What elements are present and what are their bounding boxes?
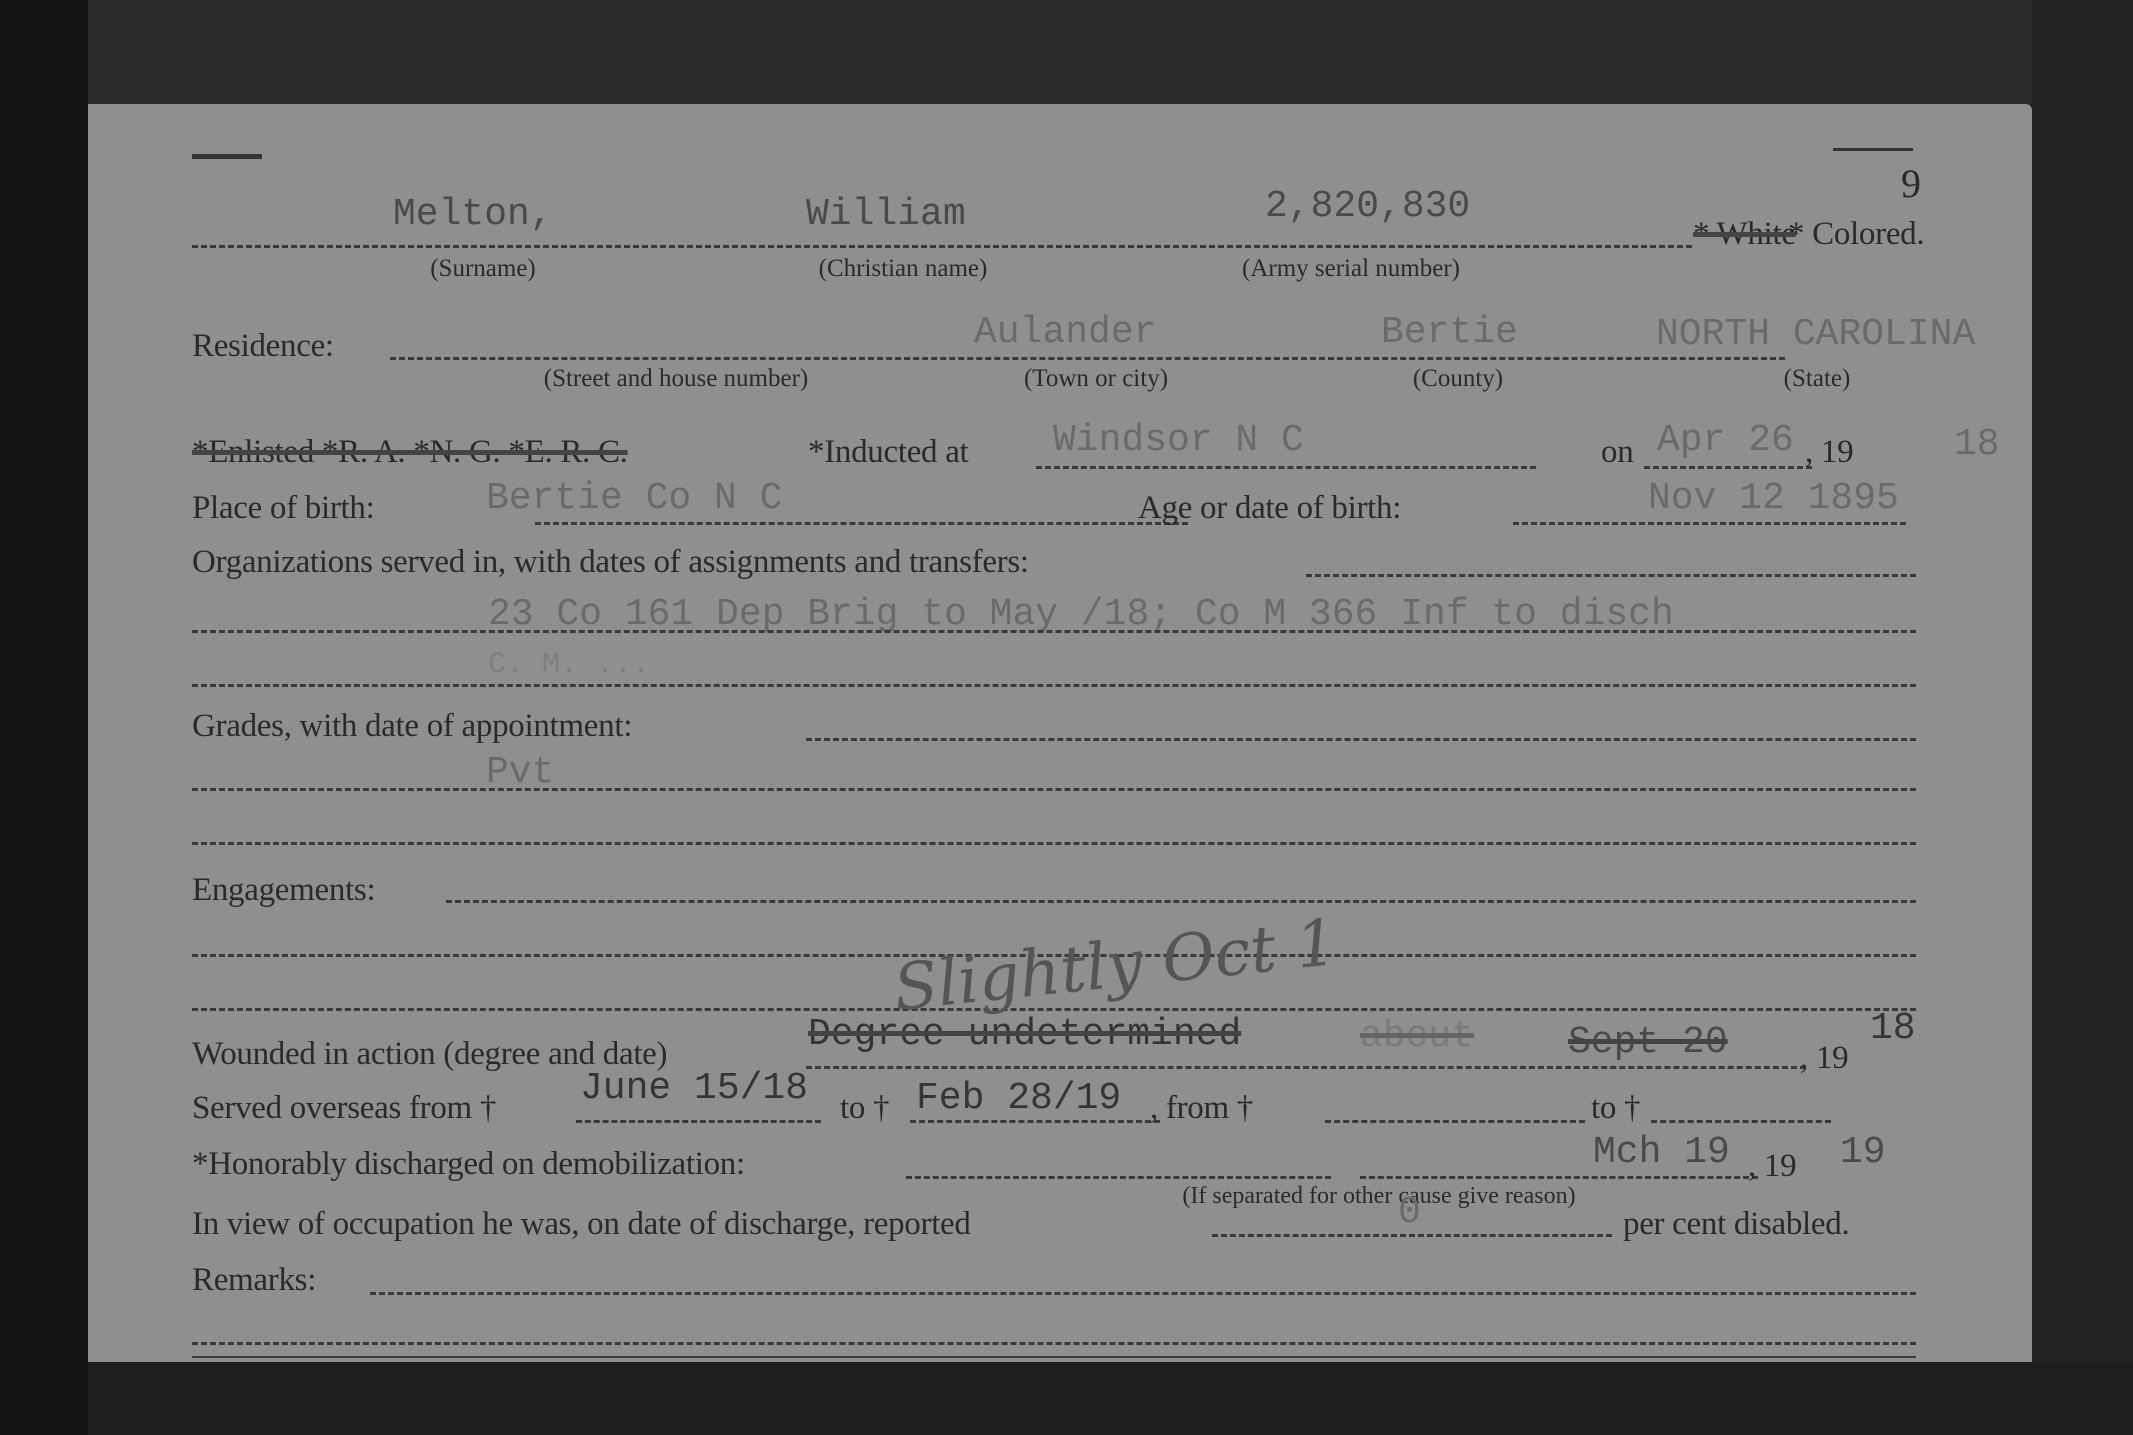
residence-label: Residence:	[192, 330, 334, 363]
race-white-struck: * White	[1693, 218, 1796, 251]
wounded-about-value: about	[1360, 1015, 1474, 1058]
engagements-label: Engagements:	[192, 874, 375, 907]
state-caption: (State)	[1784, 366, 1851, 391]
overseas-from-line	[576, 1120, 821, 1123]
inducted-on-label: on	[1601, 436, 1633, 469]
birth-date-label: Age or date of birth:	[1138, 492, 1401, 525]
christian-name-caption: (Christian name)	[819, 256, 988, 281]
christian-name-value: William	[806, 196, 966, 234]
wounded-year-prefix: , 19	[1800, 1042, 1848, 1075]
inducted-date-value: Apr 26	[1657, 422, 1794, 460]
grades-label: Grades, with date of appointment:	[192, 710, 632, 743]
discharge-year-value: 19	[1840, 1134, 1886, 1172]
birth-date-value: Nov 12 1895	[1648, 480, 1899, 518]
residence-state-value: NORTH CAROLINA	[1656, 316, 1975, 354]
enlistment-options-struck: *Enlisted *R. A. *N. G. *E. R. C.	[192, 436, 628, 469]
surname-value: Melton,	[393, 196, 553, 234]
discharge-year-prefix: , 19	[1748, 1150, 1796, 1183]
serial-number-caption: (Army serial number)	[1242, 256, 1460, 281]
grades-value: Pvt	[486, 754, 554, 792]
discharge-caption: (If separated for other cause give reaso…	[1182, 1184, 1575, 1208]
birth-date-line	[1513, 522, 1906, 525]
grades-line-0	[806, 738, 1916, 741]
card-number: 9	[1901, 164, 1921, 204]
service-record-card: 9 Melton, William 2,820,830 * White * Co…	[88, 104, 2032, 1362]
name-line	[192, 245, 1692, 248]
grades-line-1	[192, 788, 1916, 791]
wounded-line	[806, 1066, 1806, 1069]
remarks-label: Remarks:	[192, 1264, 316, 1297]
overseas-from2-label: , from †	[1150, 1092, 1253, 1125]
organizations-line-1	[192, 630, 1916, 633]
surname-caption: (Surname)	[430, 256, 536, 281]
discharge-date-value: Mch 19	[1593, 1134, 1730, 1172]
disability-label: In view of occupation he was, on date of…	[192, 1208, 971, 1241]
disability-value: 0	[1398, 1194, 1421, 1232]
birth-place-line	[535, 522, 1188, 525]
wounded-degree-struck: Degree undetermined	[808, 1016, 1241, 1054]
disability-suffix: per cent disabled.	[1623, 1208, 1849, 1241]
inducted-year-value: 18	[1954, 426, 2000, 464]
scan-background-left	[0, 0, 88, 1435]
organizations-line-1-value: 23 Co 161 Dep Brig to May /18; Co M 366 …	[488, 596, 1674, 634]
overseas-from-label: Served overseas from †	[192, 1092, 496, 1125]
organizations-label: Organizations served in, with dates of a…	[192, 546, 1029, 579]
scan-background-top	[88, 0, 2133, 104]
discharge-line-a	[906, 1176, 1331, 1179]
residence-line	[390, 357, 1785, 360]
remarks-line-0	[370, 1292, 1916, 1295]
residence-town-value: Aulander	[974, 314, 1156, 352]
grades-line-2	[192, 842, 1916, 845]
wounded-year-value: 18	[1870, 1010, 1916, 1048]
disability-line	[1212, 1234, 1612, 1237]
overseas-to-label: to †	[840, 1092, 889, 1125]
engagements-line-0	[446, 900, 1916, 903]
overseas-to-value: Feb 28/19	[916, 1080, 1121, 1118]
inducted-place-value: Windsor N C	[1053, 422, 1304, 460]
organizations-line-2-value: C. M. ...	[488, 650, 650, 680]
overseas-to2-label: to †	[1591, 1092, 1640, 1125]
remarks-line-1	[192, 1342, 1916, 1345]
inducted-year-prefix: , 19	[1805, 436, 1853, 469]
residence-county-value: Bertie	[1381, 314, 1518, 352]
scan-background-right	[2032, 0, 2133, 1435]
race-white-label: * White	[1693, 216, 1796, 252]
organizations-line-2	[192, 684, 1916, 687]
birth-place-value: Bertie Co N C	[486, 480, 782, 518]
enlistment-options-label: *Enlisted *R. A. *N. G. *E. R. C.	[192, 434, 628, 470]
wounded-degree-value: Degree undetermined	[808, 1013, 1241, 1056]
overseas-from-value: June 15/18	[580, 1070, 808, 1108]
inducted-place-line	[1036, 466, 1536, 469]
card-bottom-rule	[192, 1356, 1916, 1358]
town-caption: (Town or city)	[1024, 366, 1168, 391]
wounded-date-struck: Sept 20	[1568, 1024, 1728, 1062]
county-caption: (County)	[1413, 366, 1503, 391]
discharge-line-b	[1360, 1176, 1758, 1179]
race-colored-label: * Colored.	[1788, 218, 1924, 251]
discharge-label: *Honorably discharged on demobilization:	[192, 1148, 745, 1181]
top-right-dash	[1833, 148, 1913, 151]
overseas-to2-line	[1651, 1120, 1831, 1123]
inducted-at-label: *Inducted at	[808, 436, 968, 469]
wounded-about-struck: about	[1360, 1018, 1474, 1056]
birth-place-label: Place of birth:	[192, 492, 374, 525]
organizations-line-0	[1306, 574, 1916, 577]
wounded-date-value: Sept 20	[1568, 1021, 1728, 1064]
scan-background-bottom	[88, 1362, 2133, 1435]
top-left-dash	[192, 154, 262, 159]
overseas-to-line	[910, 1120, 1160, 1123]
inducted-date-line	[1644, 466, 1812, 469]
overseas-from2-line	[1325, 1120, 1585, 1123]
wounded-handwritten-note: Slightly Oct 1	[891, 911, 1340, 1021]
street-caption: (Street and house number)	[544, 366, 809, 391]
serial-number-value: 2,820,830	[1265, 188, 1470, 226]
